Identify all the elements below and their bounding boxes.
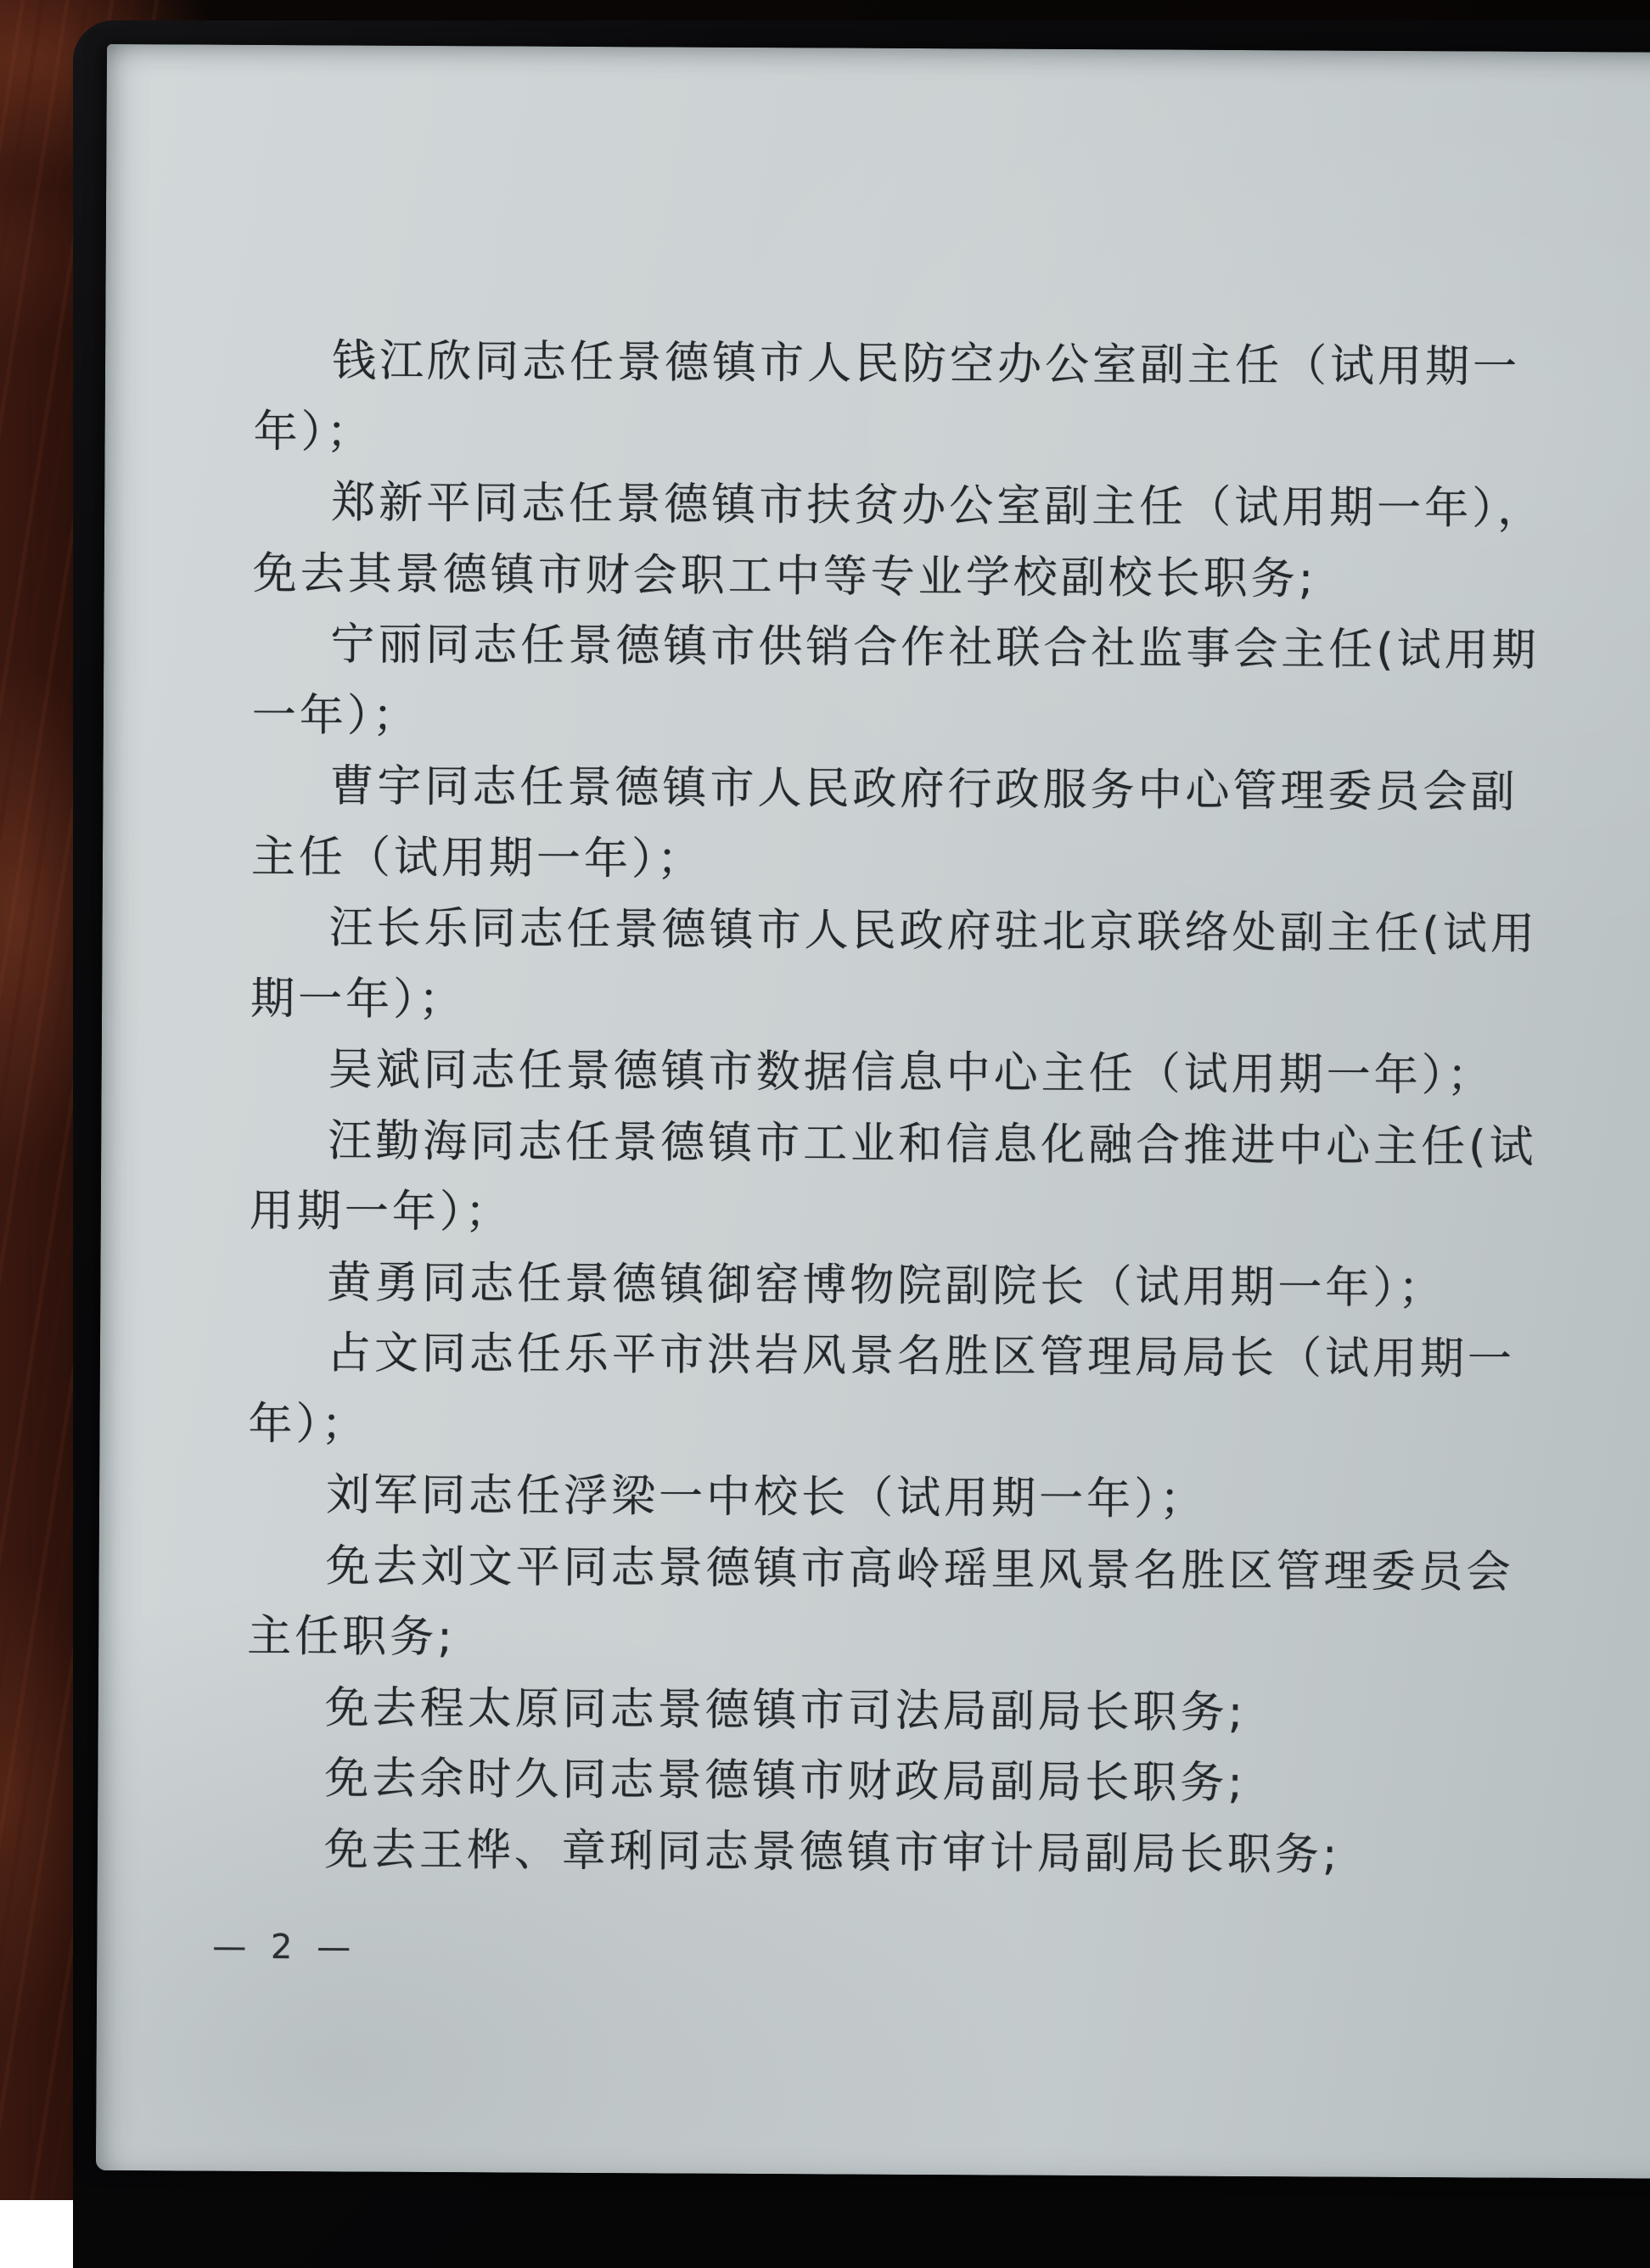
text-line: 吴斌同志任景德镇市数据信息中心主任（试用期一年）； (250, 1035, 1620, 1113)
text-line: 刘军同志任浮梁一中校长（试用期一年）； (248, 1460, 1619, 1538)
document-body-text: 钱江欣同志任景德镇市人民防空办公室副主任（试用期一年）；郑新平同志任景德镇市扶贫… (246, 326, 1625, 1892)
text-line: 黄勇同志任景德镇御窑博物院副院长（试用期一年）； (249, 1247, 1619, 1325)
text-line: 宁丽同志任景德镇市供销合作社联合社监事会主任(试用期 (252, 609, 1623, 688)
text-line: 一年）； (252, 680, 1623, 758)
text-line: 年）； (248, 1389, 1619, 1467)
document-page: 钱江欣同志任景德镇市人民防空办公室副主任（试用期一年）；郑新平同志任景德镇市扶贫… (96, 44, 1650, 2179)
text-line: 主任（试用期一年）； (251, 822, 1622, 900)
text-line: 曹宇同志任景德镇市人民政府行政服务中心管理委员会副 (251, 751, 1622, 829)
text-line: 主任职务; (247, 1602, 1618, 1680)
text-line: 免去刘文平同志景德镇市高岭瑶里风景名胜区管理委员会 (247, 1530, 1618, 1608)
text-line: 郑新平同志任景德镇市扶贫办公室副主任（试用期一年）， (253, 468, 1624, 546)
text-line: 用期一年）； (250, 1176, 1620, 1255)
text-line: 汪勤海同志任景德镇市工业和信息化融合推进中心主任(试 (250, 1105, 1620, 1183)
text-line: 期一年）； (250, 963, 1621, 1041)
text-line: 免去余时久同志景德镇市财政局副局长职务; (246, 1743, 1617, 1822)
text-line: 免去王桦、章琍同志景德镇市审计局副局长职务; (246, 1814, 1617, 1892)
text-line: 免去程太原同志景德镇市司法局副局长职务; (247, 1672, 1618, 1750)
text-line: 汪长乐同志任景德镇市人民政府驻北京联络处副主任(试用 (250, 893, 1621, 971)
page-number-footer: — 2 — (212, 1928, 357, 1968)
text-line: 免去其景德镇市财会职工中等专业学校副校长职务; (253, 538, 1624, 616)
text-line: 年）； (253, 396, 1624, 474)
text-line: 占文同志任乐平市洪岩风景名胜区管理局局长（试用期一 (249, 1318, 1619, 1396)
text-line: 钱江欣同志任景德镇市人民防空办公室副主任（试用期一 (254, 326, 1625, 404)
